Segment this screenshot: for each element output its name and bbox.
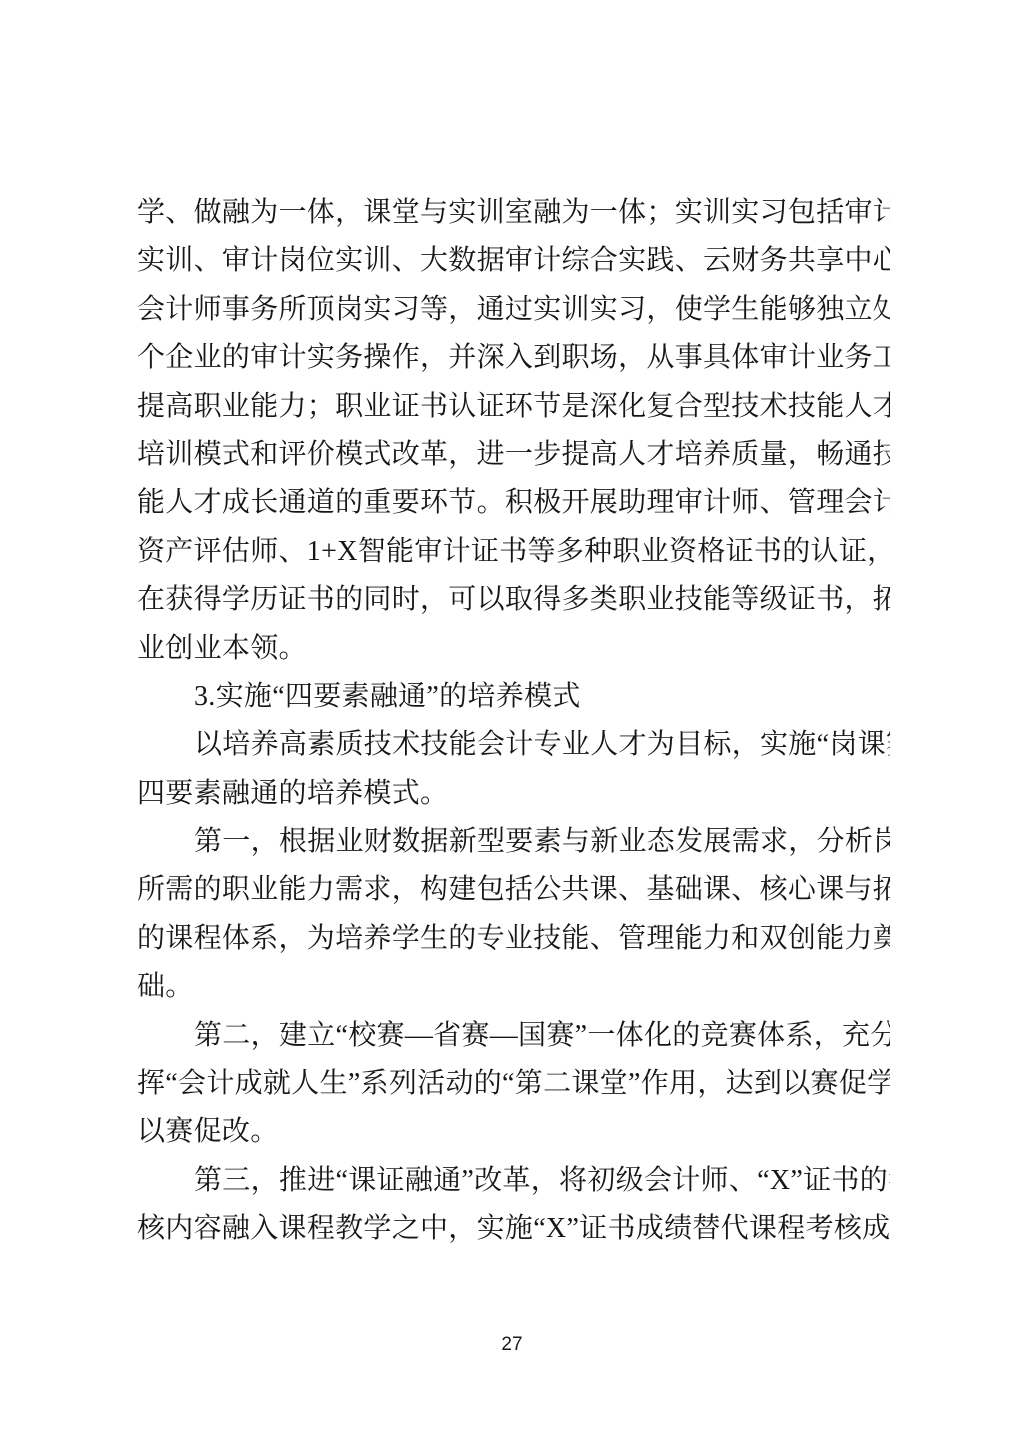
paragraph: 3.实施“四要素融通”的培养模式 [137, 673, 890, 721]
page-number: 27 [501, 1334, 522, 1355]
text-line: 以培养高素质技术技能会计专业人才为目标，实施“岗课赛证” [137, 721, 890, 769]
text-line: 个企业的审计实务操作，并深入到职场，从事具体审计业务工作， [137, 334, 890, 382]
paragraph: 第一，根据业财数据新型要素与新业态发展需求，分析岗位（群）所需的职业能力需求，构… [137, 818, 890, 1012]
text-line: 四要素融通的培养模式。 [137, 770, 890, 818]
text-line: 所需的职业能力需求，构建包括公共课、基础课、核心课与拓展课 [137, 866, 890, 914]
text-block: 学、做融为一体，课堂与实训室融为一体；实训实习包括审计认知实训、审计岗位实训、大… [137, 189, 890, 1254]
text-line: 挥“会计成就人生”系列活动的“第二课堂”作用，达到以赛促学、 [137, 1060, 890, 1108]
text-line: 学、做融为一体，课堂与实训室融为一体；实训实习包括审计认知 [137, 189, 890, 237]
text-line: 第一，根据业财数据新型要素与新业态发展需求，分析岗位（群） [137, 818, 890, 866]
text-line: 提高职业能力；职业证书认证环节是深化复合型技术技能人才培养 [137, 383, 890, 431]
text-line: 资产评估师、1+X智能审计证书等多种职业资格证书的认证，使学生 [137, 528, 890, 576]
paragraph: 学、做融为一体，课堂与实训室融为一体；实训实习包括审计认知实训、审计岗位实训、大… [137, 189, 890, 673]
text-line: 业创业本领。 [137, 625, 890, 673]
paragraph: 第三，推进“课证融通”改革，将初级会计师、“X”证书的考核内容融入课程教学之中，… [137, 1157, 890, 1254]
text-line: 以赛促改。 [137, 1108, 890, 1156]
text-line: 第三，推进“课证融通”改革，将初级会计师、“X”证书的考 [137, 1157, 890, 1205]
text-line: 第二，建立“校赛—省赛—国赛”一体化的竞赛体系，充分发 [137, 1012, 890, 1060]
document-page: 学、做融为一体，课堂与实训室融为一体；实训实习包括审计认知实训、审计岗位实训、大… [0, 0, 1024, 1448]
page-footer: 27 [0, 1334, 1024, 1356]
text-line: 3.实施“四要素融通”的培养模式 [137, 673, 890, 721]
text-line: 会计师事务所顶岗实习等，通过实训实习，使学生能够独立处理一 [137, 286, 890, 334]
text-line: 的课程体系，为培养学生的专业技能、管理能力和双创能力奠定基 [137, 915, 890, 963]
text-line: 实训、审计岗位实训、大数据审计综合实践、云财务共享中心实训、 [137, 237, 890, 285]
text-line: 能人才成长通道的重要环节。积极开展助理审计师、管理会计师、 [137, 479, 890, 527]
paragraph: 以培养高素质技术技能会计专业人才为目标，实施“岗课赛证”四要素融通的培养模式。 [137, 721, 890, 818]
paragraph: 第二，建立“校赛—省赛—国赛”一体化的竞赛体系，充分发挥“会计成就人生”系列活动… [137, 1012, 890, 1157]
text-line: 在获得学历证书的同时，可以取得多类职业技能等级证书，拓展就 [137, 576, 890, 624]
text-line: 核内容融入课程教学之中，实施“X”证书成绩替代课程考核成绩制 [137, 1205, 890, 1253]
text-line: 培训模式和评价模式改革，进一步提高人才培养质量，畅通技术技 [137, 431, 890, 479]
text-line: 础。 [137, 963, 890, 1011]
